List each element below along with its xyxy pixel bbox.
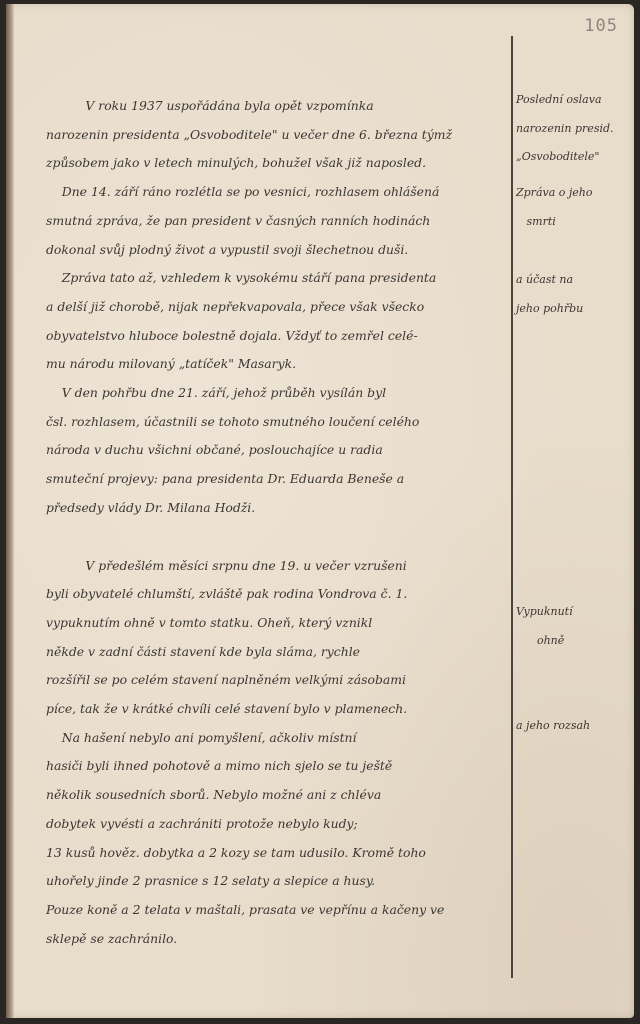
text-line: sklepě se zachránilo.: [46, 925, 506, 954]
text-line: Na hašení nebylo ani pomyšlení, ačkoliv …: [46, 724, 506, 753]
text-line: a delší již chorobě, nijak nepřekvapoval…: [46, 293, 506, 322]
ledger-page: 105 V roku 1937 uspořádána byla opět vzp…: [6, 4, 634, 1018]
text-line: smuteční projevy: pana presidenta Dr. Ed…: [46, 465, 506, 494]
text-line: národa v duchu všichni občané, posloucha…: [46, 436, 506, 465]
paragraph-gap: [46, 523, 506, 552]
note-line: smrti: [516, 208, 634, 237]
text-line: Zpráva tato až, vzhledem k vysokému stář…: [46, 264, 506, 293]
text-line: čsl. rozhlasem, účastnili se tohoto smut…: [46, 408, 506, 437]
text-line: narozenin presidenta „Osvoboditele" u ve…: [46, 121, 506, 150]
text-line: obyvatelstvo hluboce bolestně dojala. Vž…: [46, 322, 506, 351]
note-line: Poslední oslava: [516, 86, 634, 115]
page-binding-edge: [6, 4, 14, 1018]
text-line: byli obyvatelé chlumští, zvláště pak rod…: [46, 580, 506, 609]
paragraph-fire: V předešlém měsíci srpnu dne 19. u večer…: [46, 552, 506, 724]
margin-note-fire-outbreak: Vypuknutí ohně: [516, 598, 634, 655]
margin-note-last-celebration: Poslední oslava narozenin presid. „Osvob…: [516, 86, 634, 172]
note-line: narozenin presid.: [516, 115, 634, 144]
note-line: a jeho rozsah: [516, 712, 634, 741]
text-line: V den pohřbu dne 21. září, jehož průběh …: [46, 379, 506, 408]
chronicle-main-text: V roku 1937 uspořádána byla opět vzpomín…: [46, 92, 506, 953]
note-line: „Osvoboditele": [516, 143, 634, 172]
margin-note-death-report: Zpráva o jeho smrti: [516, 179, 634, 236]
text-line: smutná zpráva, že pan president v časnýc…: [46, 207, 506, 236]
paragraph-funeral: V den pohřbu dne 21. září, jehož průběh …: [46, 379, 506, 523]
text-line: 13 kusů hověz. dobytka a 2 kozy se tam u…: [46, 839, 506, 868]
paragraph-reaction: Zpráva tato až, vzhledem k vysokému stář…: [46, 264, 506, 379]
page-number: 105: [584, 16, 618, 36]
paragraph-death-news: Dne 14. září ráno rozlétla se po vesnici…: [46, 178, 506, 264]
note-line: Vypuknutí: [516, 598, 634, 627]
margin-divider-line: [511, 36, 513, 978]
text-line: Pouze koně a 2 telata v maštali, prasata…: [46, 896, 506, 925]
margin-note-fire-extent: a jeho rozsah: [516, 712, 634, 741]
text-line: způsobem jako v letech minulých, bohužel…: [46, 149, 506, 178]
text-line: dokonal svůj plodný život a vypustil svo…: [46, 236, 506, 265]
text-line: dobytek vyvésti a zachrániti protože neb…: [46, 810, 506, 839]
note-line: jeho pohřbu: [516, 295, 634, 324]
paragraph-firefighting: Na hašení nebylo ani pomyšlení, ačkoliv …: [46, 724, 506, 954]
margin-note-funeral: a účast na jeho pohřbu: [516, 266, 634, 323]
note-line: ohně: [516, 627, 634, 656]
text-line: vypuknutím ohně v tomto statku. Oheň, kt…: [46, 609, 506, 638]
text-line: V předešlém měsíci srpnu dne 19. u večer…: [46, 552, 506, 581]
text-line: hasiči byli ihned pohotově a mimo nich s…: [46, 752, 506, 781]
text-line: Dne 14. září ráno rozlétla se po vesnici…: [46, 178, 506, 207]
text-line: mu národu milovaný „tatíček" Masaryk.: [46, 350, 506, 379]
note-line: Zpráva o jeho: [516, 179, 634, 208]
note-line: a účast na: [516, 266, 634, 295]
text-line: předsedy vlády Dr. Milana Hodži.: [46, 494, 506, 523]
text-line: píce, tak že v krátké chvíli celé staven…: [46, 695, 506, 724]
paragraph-birthday-celebration: V roku 1937 uspořádána byla opět vzpomín…: [46, 92, 506, 178]
text-line: rozšířil se po celém stavení naplněném v…: [46, 666, 506, 695]
text-line: V roku 1937 uspořádána byla opět vzpomín…: [46, 92, 506, 121]
text-line: uhořely jinde 2 prasnice s 12 selaty a s…: [46, 867, 506, 896]
text-line: několik sousedních sborů. Nebylo možné a…: [46, 781, 506, 810]
text-line: někde v zadní části stavení kde byla slá…: [46, 638, 506, 667]
